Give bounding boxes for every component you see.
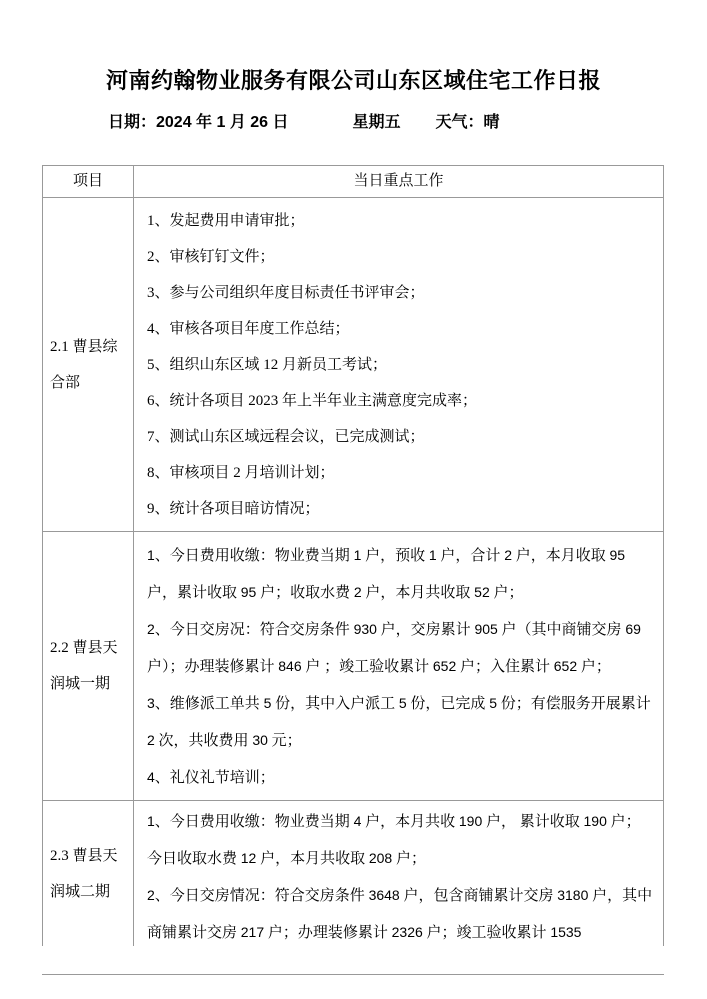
work-item: 3、参与公司组织年度目标责任书评审会；	[147, 275, 653, 311]
meta-line: 日期：2024 年 1 月 26 日 星期五 天气：晴	[108, 110, 500, 136]
project-cell: 2.1 曹县综合部	[43, 198, 134, 531]
weekday-label: 星期五	[353, 110, 401, 136]
table-row-tianruncheng-erqi: 2.3 曹县天润城二期 1、今日费用收缴：物业费当期 4 户，本月共收 190 …	[43, 800, 663, 946]
header-cell-project: 项目	[43, 166, 134, 197]
work-item: 4、审核各项目年度工作总结；	[147, 311, 653, 347]
work-cell: 1、发起费用申请审批； 2、审核钉钉文件； 3、参与公司组织年度目标责任书评审会…	[134, 198, 663, 531]
header-cell-work: 当日重点工作	[134, 166, 663, 197]
work-item: 9、统计各项目暗访情况；	[147, 491, 653, 527]
work-item: 8、审核项目 2 月培训计划；	[147, 455, 653, 491]
table-row-tianruncheng-yiqi: 2.2 曹县天润城一期 1、今日费用收缴：物业费当期 1 户，预收 1 户，合计…	[43, 531, 663, 800]
report-page: 河南约翰物业服务有限公司山东区域住宅工作日报 日期：2024 年 1 月 26 …	[0, 0, 707, 999]
work-item: 1、发起费用申请审批；	[147, 203, 653, 239]
table-header-row: 项目 当日重点工作	[43, 166, 663, 197]
report-table: 项目 当日重点工作 2.1 曹县综合部 1、发起费用申请审批； 2、审核钉钉文件…	[42, 165, 664, 946]
work-item: 5、组织山东区域 12 月新员工考试；	[147, 347, 653, 383]
weather-label: 天气：晴	[436, 110, 500, 136]
date-label: 日期：2024 年 1 月 26 日	[108, 110, 289, 136]
work-cell: 1、今日费用收缴：物业费当期 4 户，本月共收 190 户， 累计收取 190 …	[134, 801, 663, 946]
work-item: 6、统计各项目 2023 年上半年业主满意度完成率；	[147, 383, 653, 419]
work-item: 4、礼仪礼节培训；	[147, 759, 653, 796]
work-cell: 1、今日费用收缴：物业费当期 1 户，预收 1 户，合计 2 户，本月收取 95…	[134, 532, 663, 800]
project-cell: 2.3 曹县天润城二期	[43, 801, 134, 946]
work-item: 7、测试山东区域远程会议，已完成测试；	[147, 419, 653, 455]
page-title: 河南约翰物业服务有限公司山东区域住宅工作日报	[0, 66, 707, 96]
table-row-caoxian-zonghebu: 2.1 曹县综合部 1、发起费用申请审批； 2、审核钉钉文件； 3、参与公司组织…	[43, 197, 663, 531]
project-cell: 2.2 曹县天润城一期	[43, 532, 134, 800]
work-item: 3、维修派工单共 5 份，其中入户派工 5 份，已完成 5 份；有偿服务开展累计…	[147, 685, 653, 759]
work-item: 1、今日费用收缴：物业费当期 1 户，预收 1 户，合计 2 户，本月收取 95…	[147, 537, 653, 611]
work-item: 2、今日交房情况：符合交房条件 3648 户，包含商铺累计交房 3180 户，其…	[147, 877, 653, 946]
work-item: 2、今日交房况：符合交房条件 930 户，交房累计 905 户（其中商铺交房 6…	[147, 611, 653, 685]
work-item: 1、今日费用收缴：物业费当期 4 户，本月共收 190 户， 累计收取 190 …	[147, 803, 653, 877]
work-item: 2、审核钉钉文件；	[147, 239, 653, 275]
report-table-container: 项目 当日重点工作 2.1 曹县综合部 1、发起费用申请审批； 2、审核钉钉文件…	[42, 165, 664, 975]
